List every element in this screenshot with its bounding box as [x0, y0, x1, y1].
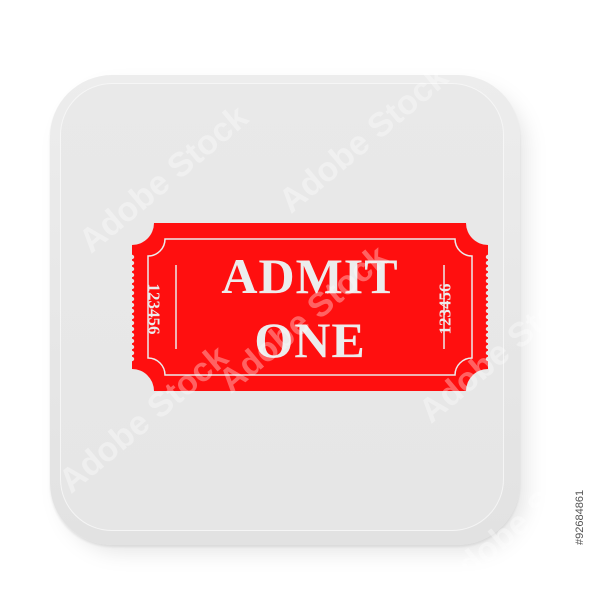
ticket-serial-left: 123456: [144, 284, 164, 335]
stock-id: #92684861: [574, 490, 586, 545]
icon-button[interactable]: ADMIT ONE 123456 123456: [50, 75, 520, 545]
ticket-serial-right: 123456: [436, 284, 456, 335]
ticket-icon: ADMIT ONE 123456 123456: [132, 223, 488, 391]
icon-button-face: ADMIT ONE 123456 123456: [60, 83, 504, 531]
